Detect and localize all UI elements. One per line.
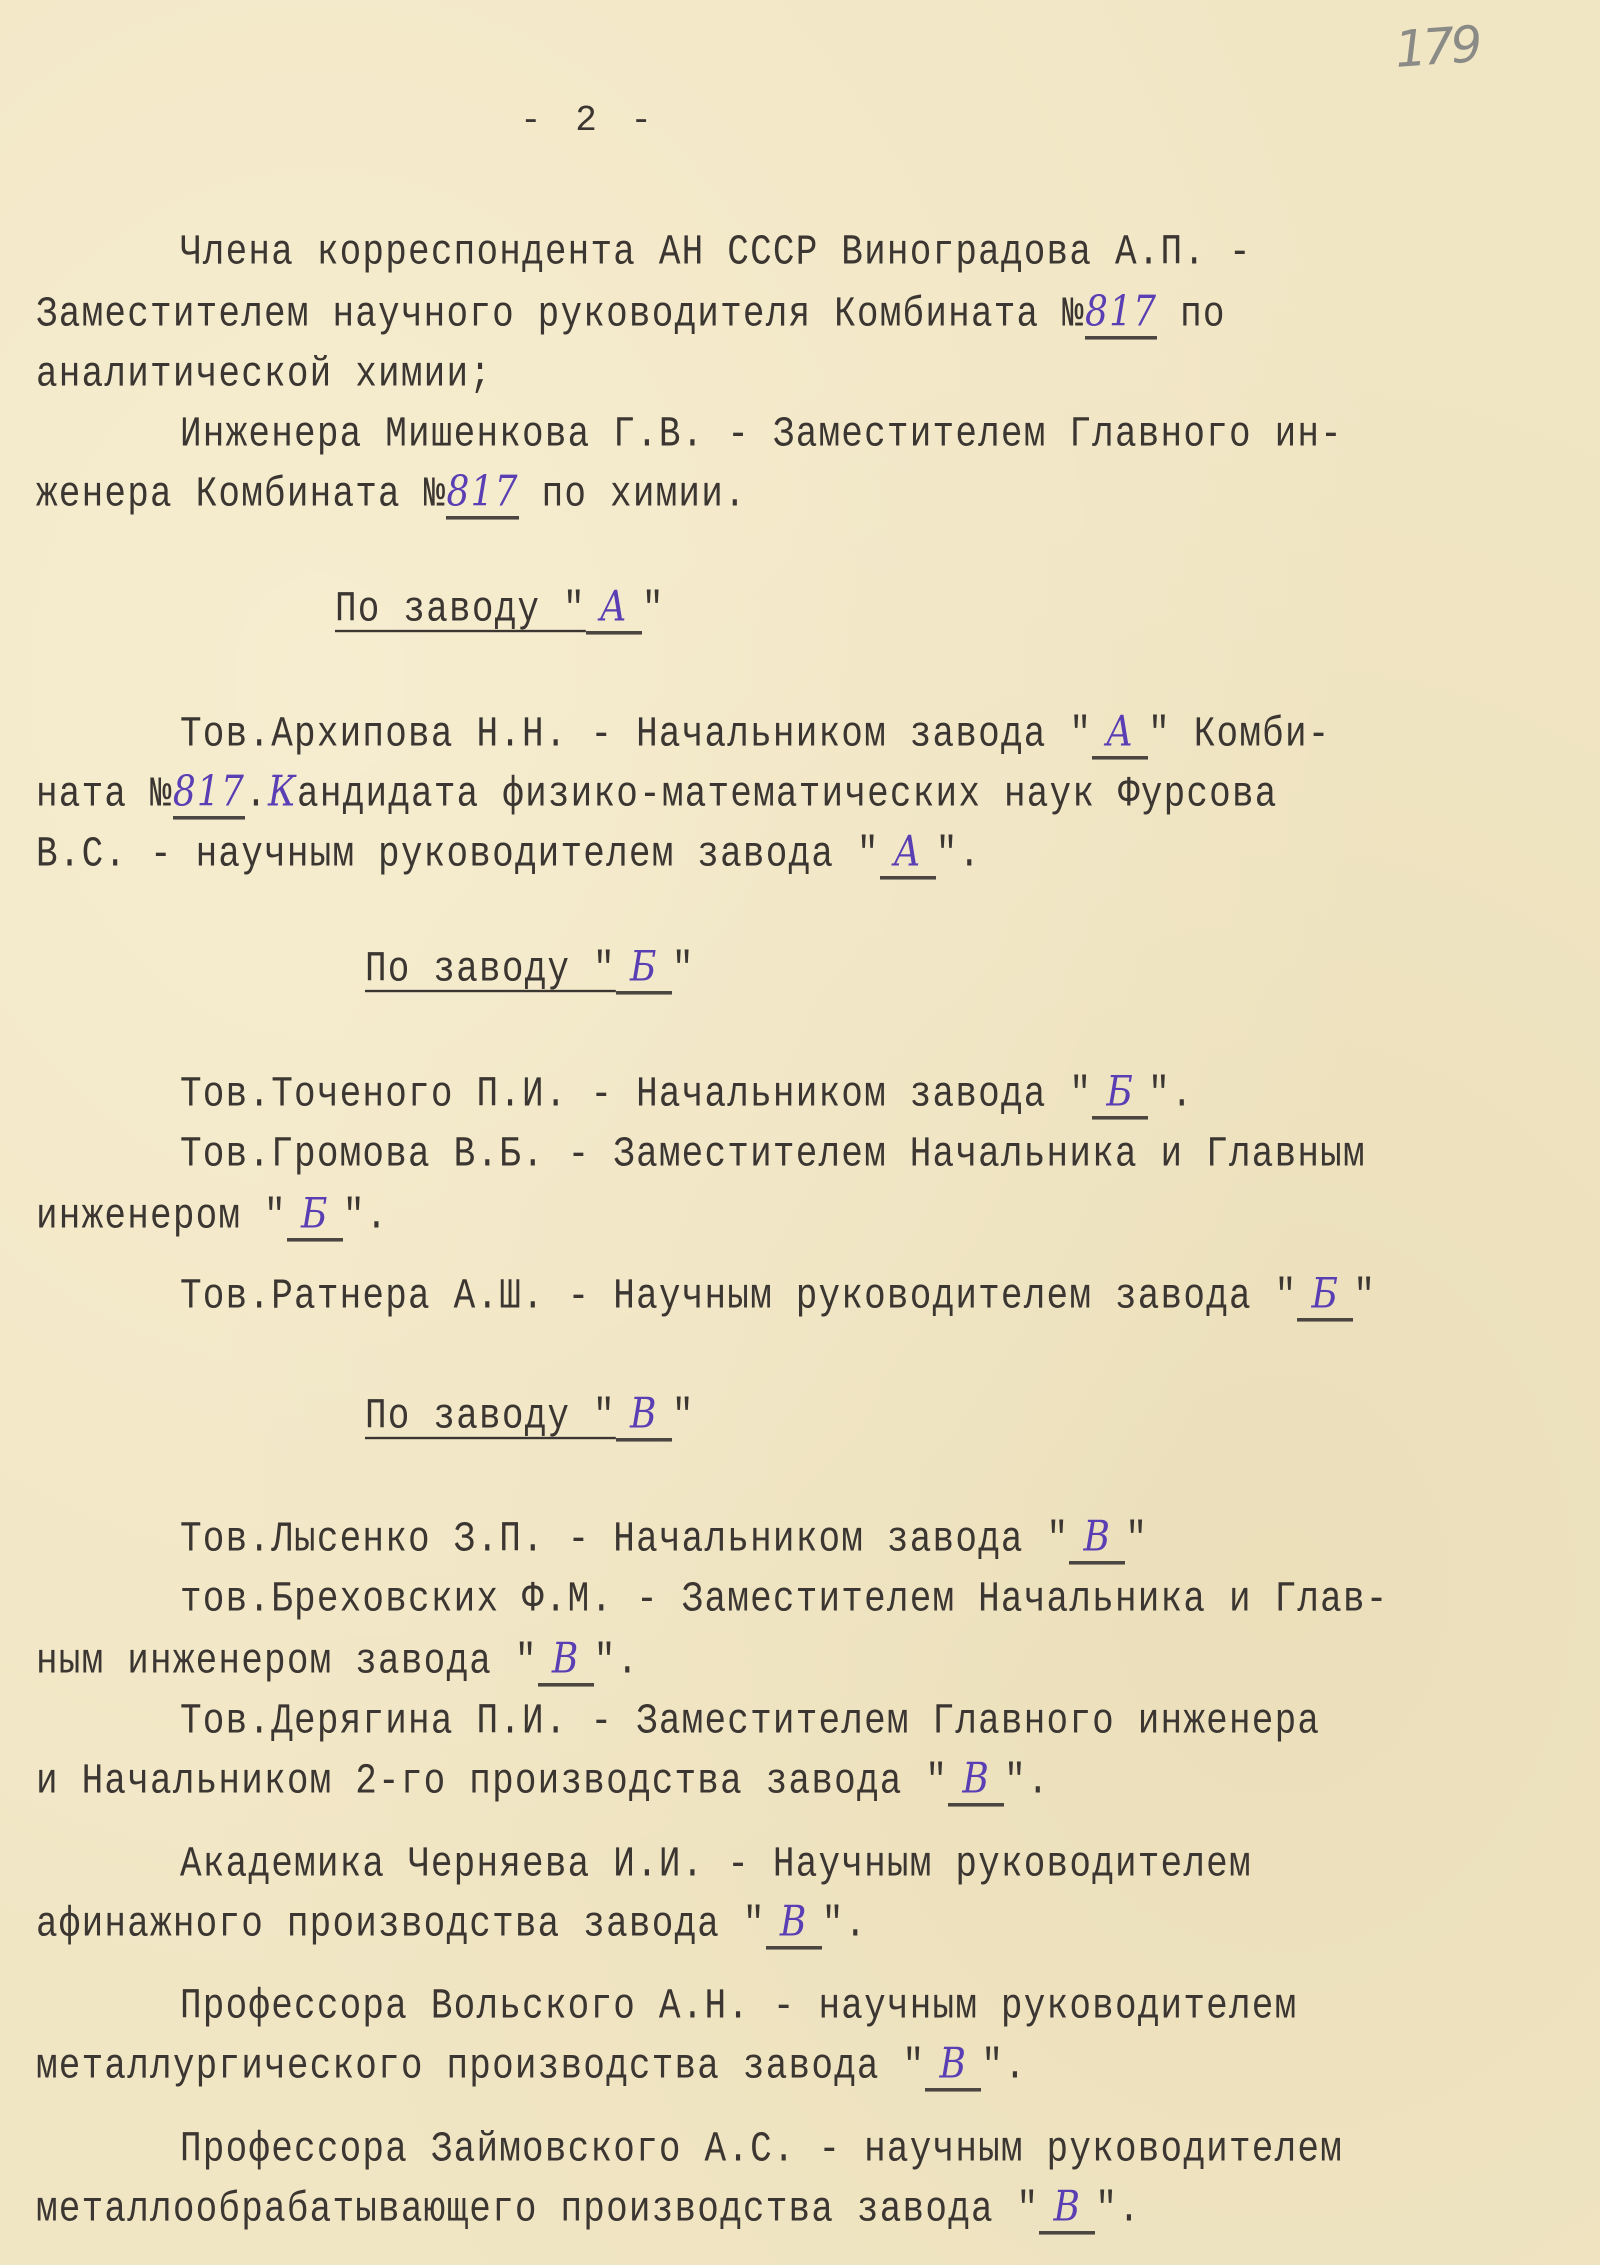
- text-line: Профессора Займовского А.С. - научным ру…: [180, 2125, 1343, 2173]
- text-line: металлургического производства завода "В…: [36, 2042, 1027, 2092]
- text-line: В.С. - научным руководителем завода "А".: [36, 830, 981, 880]
- handwritten-letter: В: [616, 1393, 672, 1441]
- text-line: инженером "Б".: [36, 1192, 388, 1242]
- text-line: Тов.Ратнера А.Ш. - Научным руководителем…: [180, 1272, 1376, 1322]
- handwritten-letter: Б: [1297, 1273, 1353, 1321]
- section-heading-b: По заводу "Б": [365, 945, 695, 995]
- section-heading-v: По заводу "В": [365, 1392, 695, 1442]
- handwritten-letter: Б: [287, 1193, 343, 1241]
- text-line: Тов.Точеного П.И. - Начальником завода "…: [180, 1070, 1194, 1120]
- text-line: тов.Бреховских Ф.М. - Заместителем Начал…: [180, 1575, 1389, 1623]
- handwritten-number: 817: [1085, 291, 1157, 339]
- section-heading-a: По заводу "А": [335, 585, 665, 635]
- archive-folio-number: 179: [1393, 15, 1480, 79]
- text-line: Академика Черняева И.И. - Научным руково…: [180, 1840, 1252, 1888]
- handwritten-number: 817: [446, 471, 518, 519]
- handwritten-letter: В: [1039, 2186, 1095, 2234]
- handwritten-letter: В: [1069, 1516, 1125, 1564]
- handwritten-letter: В: [538, 1638, 594, 1686]
- text-line: металлообрабатывающего производства заво…: [36, 2185, 1141, 2235]
- handwritten-letter: В: [948, 1758, 1004, 1806]
- text-line: Тов.Дерягина П.И. - Заместителем Главног…: [180, 1697, 1320, 1745]
- text-line: женера Комбината №817 по химии.: [36, 470, 747, 520]
- handwritten-number: 817: [173, 771, 245, 819]
- document-page: 179 - 2 - Члена корреспондента АН СССР В…: [0, 0, 1600, 2265]
- handwritten-letter: А: [880, 831, 936, 879]
- text-line: Тов.Архипова Н.Н. - Начальником завода "…: [180, 710, 1331, 760]
- text-line: Профессора Вольского А.Н. - научным руко…: [180, 1982, 1297, 2030]
- page-number: - 2 -: [520, 100, 658, 141]
- text-line: аналитической химии;: [36, 350, 492, 398]
- text-line: Тов.Лысенко З.П. - Начальником завода "В…: [180, 1515, 1148, 1565]
- handwritten-letter: А: [586, 586, 642, 634]
- handwritten-letter: В: [766, 1901, 822, 1949]
- handwritten-letter: А: [1092, 711, 1148, 759]
- text-line: ным инженером завода "В".: [36, 1637, 639, 1687]
- text-line: ната №817.Кандидата физико-математически…: [36, 770, 1278, 820]
- text-line: Заместителем научного руководителя Комби…: [36, 290, 1226, 340]
- text-line: и Начальником 2-го производства завода "…: [36, 1757, 1050, 1807]
- handwritten-letter: Б: [616, 946, 672, 994]
- handwritten-letter: К: [268, 771, 297, 816]
- text-line: Члена корреспондента АН СССР Виноградова…: [180, 228, 1252, 276]
- handwritten-letter: В: [925, 2043, 981, 2091]
- handwritten-letter: Б: [1092, 1071, 1148, 1119]
- text-line: афинажного производства завода "В".: [36, 1900, 867, 1950]
- text-line: Тов.Громова В.Б. - Заместителем Начальни…: [180, 1130, 1366, 1178]
- text-line: Инженера Мишенкова Г.В. - Заместителем Г…: [180, 410, 1343, 458]
